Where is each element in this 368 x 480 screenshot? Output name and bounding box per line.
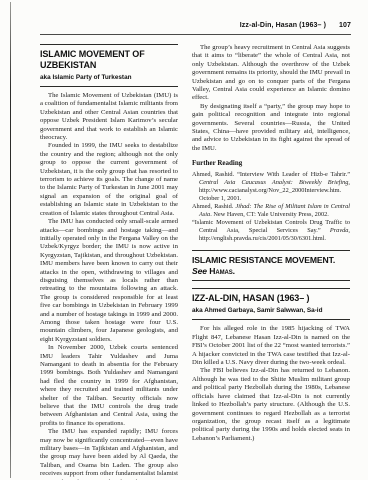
entry-title: ISLAMIC MOVEMENT OF UZBEKISTAN [40,49,178,71]
citation: “Islamic Movement of Uzbekistan Controls… [192,219,350,243]
citation-source-italic: Central Asia Caucasus Analyst: Biweekly … [199,179,348,186]
body-paragraph: The IMU has expanded rapidly; IMU forces… [40,428,178,480]
body-paragraph: For his alleged role in the 1985 hijacki… [192,325,350,367]
entry-body-continued: The group’s heavy recruitment in Central… [192,44,350,153]
entry-body: For his alleged role in the 1985 hijacki… [192,325,350,443]
further-reading-list: Ahmed, Rashid. “Interview With Leader of… [192,171,350,242]
cross-reference-target: Hamas. [209,266,235,276]
citation: Ahmed, Rashid. Jihad: The Rise of Milita… [192,203,350,219]
cross-reference-heading: ISLAMIC RESISTANCE MOVEMENT. See Hamas. [192,250,350,281]
cross-reference-see-label: See [192,266,209,276]
running-header: Izz-al-Din, Hasan (1963– ) 107 [40,22,351,29]
entry-heading-izz-al-din: IZZ-AL-DIN, HASAN (1963– ) aka Ahmed Gar… [192,288,350,320]
entry-heading-imu: ISLAMIC MOVEMENT OF UZBEKISTAN aka Islam… [40,44,178,87]
body-paragraph: The FBI believes Izz-al-Din has returned… [192,367,350,443]
body-paragraph: In November 2000, Uzbek courts sentenced… [40,344,178,428]
entry-body: The Islamic Movement of Uzbekistan (IMU)… [40,92,178,480]
body-paragraph: By designating itself a “party,” the gro… [192,103,350,153]
citation-text: Ahmed, Rashid. [192,203,235,210]
body-paragraph: The group’s heavy recruitment in Central… [192,44,350,103]
further-reading-heading: Further Reading [192,159,350,168]
citation-text: . New Haven, CT: Yale University Press, … [210,211,329,218]
body-paragraph: The Islamic Movement of Uzbekistan (IMU)… [40,92,178,142]
citation-text: “Islamic Movement of Uzbekistan Controls… [192,219,350,234]
citation-source-italic: Pravda [330,227,349,234]
left-column: ISLAMIC MOVEMENT OF UZBEKISTAN aka Islam… [40,44,178,480]
entry-aka: aka Islamic Party of Turkestan [40,74,178,82]
entry-aka: aka Ahmed Garbaya, Samir Salwwan, Sa-id [192,307,350,315]
citation: Ahmed, Rashid. “Interview With Leader of… [192,171,350,203]
page-number: 107 [339,22,351,29]
book-page: Izz-al-Din, Hasan (1963– ) 107 ISLAMIC M… [0,0,368,480]
running-header-title: Izz-al-Din, Hasan (1963– ) [240,22,326,29]
body-paragraph: The IMU has conducted only small-scale a… [40,218,178,344]
cross-reference-title: ISLAMIC RESISTANCE MOVEMENT. [192,255,335,265]
page-binding-edge-line [10,2,11,478]
right-column: The group’s heavy recruitment in Central… [192,44,350,443]
header-divider [40,34,351,35]
entry-title: IZZ-AL-DIN, HASAN (1963– ) [192,293,350,304]
citation-text: Ahmed, Rashid. “Interview With Leader of… [192,171,350,178]
body-paragraph: Founded in 1999, the IMU seeks to destab… [40,142,178,218]
